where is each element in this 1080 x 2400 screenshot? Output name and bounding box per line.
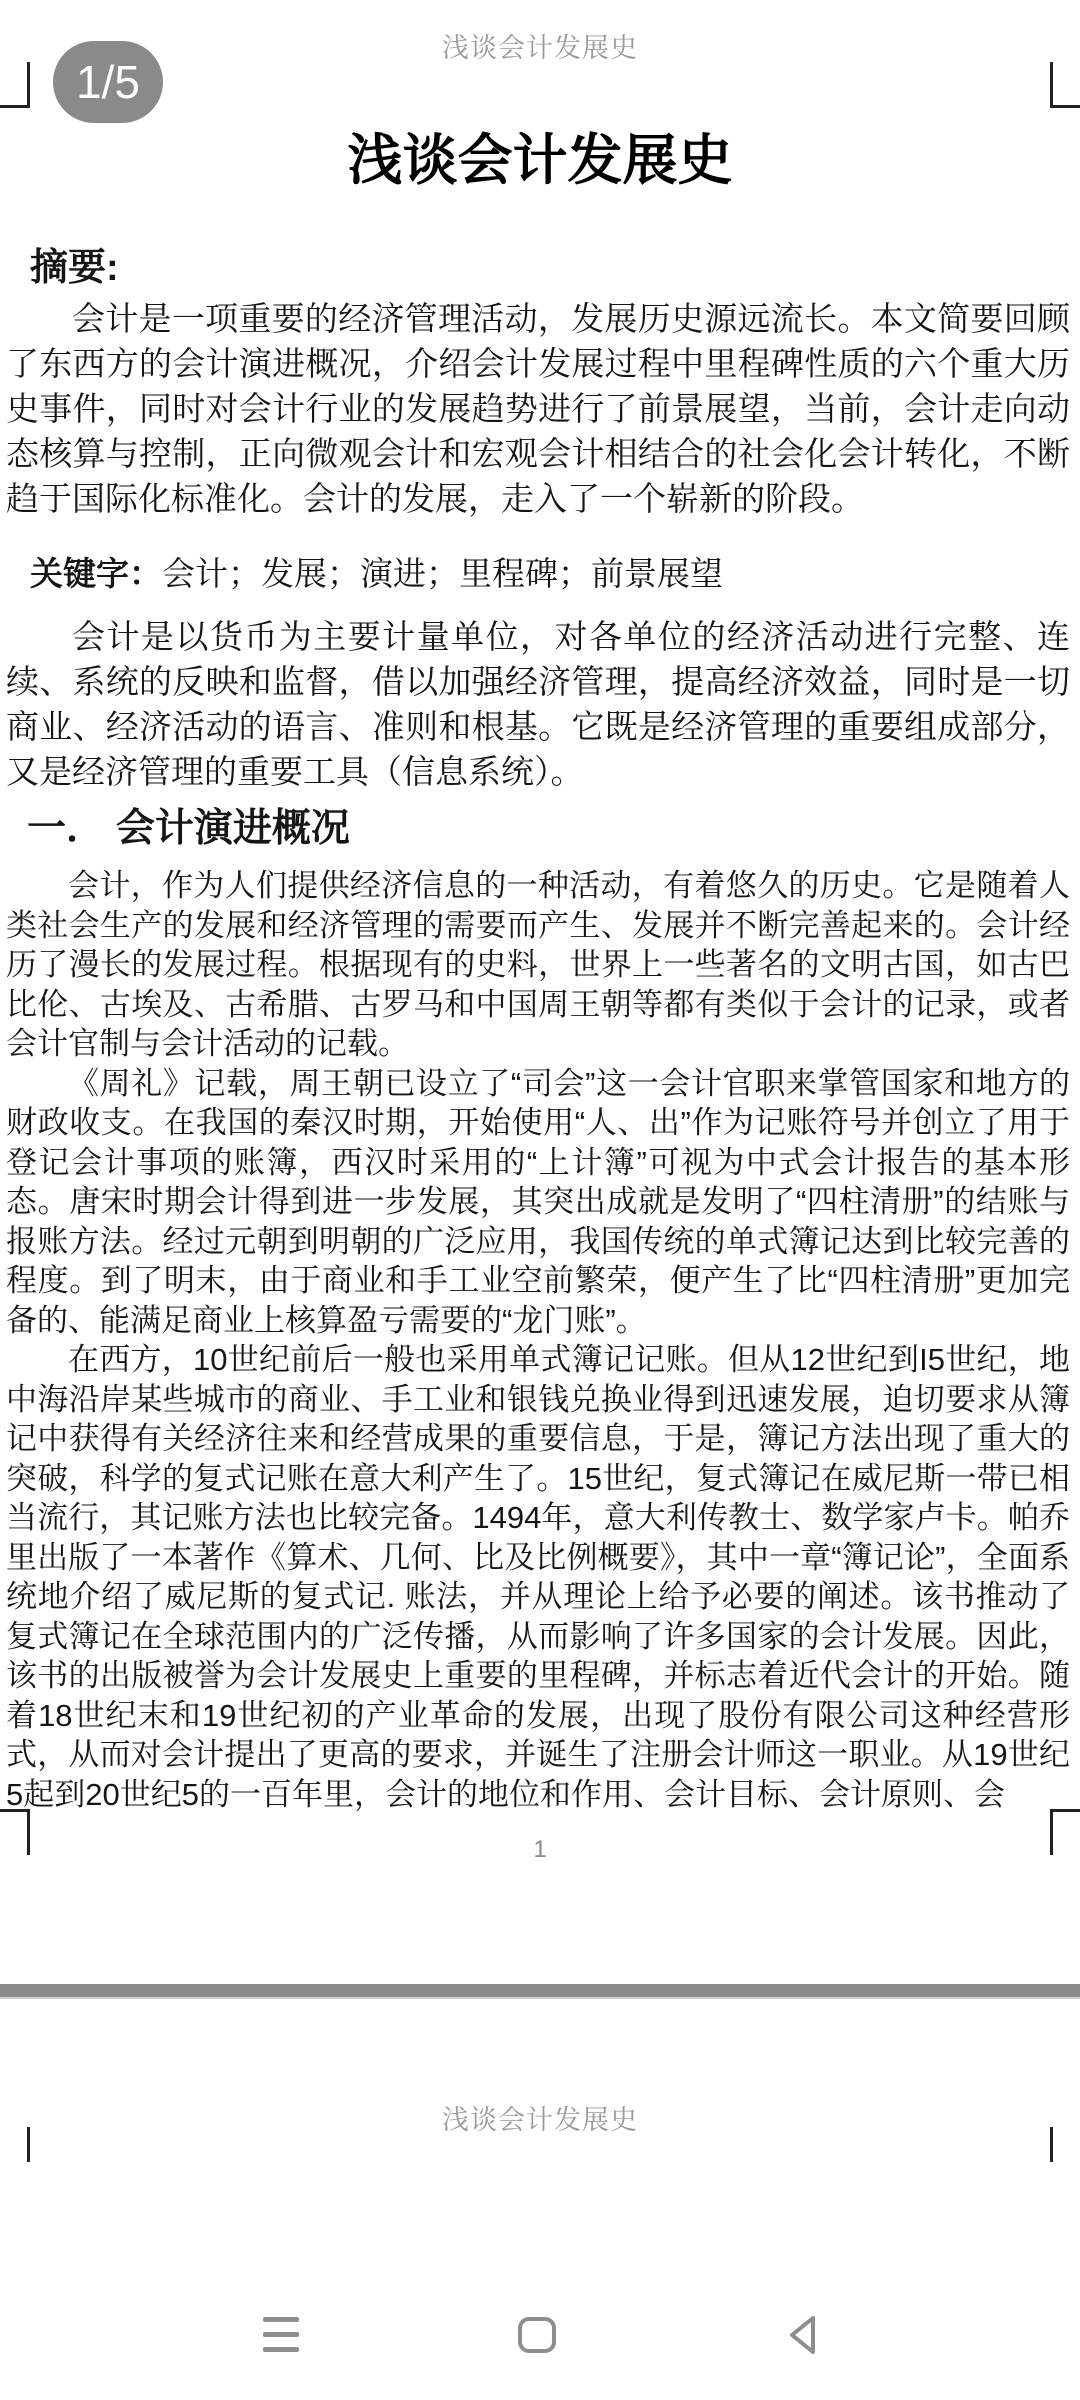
corner-mark-top-right [1050,62,1053,108]
page-divider [0,1984,1080,1999]
android-nav-bar [0,2290,1080,2380]
page-indicator-badge[interactable]: 1/5 [53,41,163,123]
home-icon [518,2317,556,2353]
hamburger-menu-icon [263,2317,299,2353]
corner-mark-top-left [0,105,30,108]
phone-screen: 浅谈会计发展史 1/5 浅谈会计发展史 摘要: 会计是一项重要的经济管理活动，发… [0,0,1080,2400]
section-heading: 一． 会计演进概况 [27,797,350,853]
next-page-header: 浅谈会计发展史 [0,2098,1080,2137]
body-paragraph: 《周礼》记载，周王朝已设立了“司会”这一会计官职来掌管国家和地方的财政收支。在我… [6,1064,1070,1341]
document-title: 浅谈会计发展史 [0,116,1080,195]
keywords-label: 关键字： [30,555,162,592]
abstract-paragraph: 会计是一项重要的经济管理活动，发展历史源远流长。本文简要回顾了东西方的会计演进概… [6,296,1070,521]
menu-button[interactable] [221,2290,341,2380]
back-icon [783,2311,823,2359]
keywords-line: 关键字：会计；发展；演进；里程碑；前景展望 [30,551,1070,596]
page-indicator-label: 1/5 [76,55,140,109]
corner-mark-page2-left [27,2127,30,2162]
body-paragraph: 会计，作为人们提供经济信息的一种活动，有着悠久的历史。它是随着人类社会生产的发展… [6,866,1070,1064]
corner-mark-top-right [1050,105,1080,108]
corner-mark-top-left [27,62,30,108]
intro-paragraph: 会计是以货币为主要计量单位，对各单位的经济活动进行完整、连续、系统的反映和监督，… [6,614,1070,794]
document-body: 会计，作为人们提供经济信息的一种活动，有着悠久的历史。它是随着人类社会生产的发展… [6,866,1070,1814]
home-button[interactable] [477,2290,597,2380]
body-paragraph: 在西方，10世纪前后一般也采用单式簿记记账。但从12世纪到I5世纪，地中海沿岸某… [6,1340,1070,1814]
page-number: 1 [0,1836,1080,1864]
corner-mark-page2-right [1050,2127,1053,2162]
back-button[interactable] [743,2290,863,2380]
abstract-heading: 摘要: [30,236,119,291]
viewer-header-title: 浅谈会计发展史 [0,26,1080,65]
keywords-text: 会计；发展；演进；里程碑；前景展望 [162,555,723,592]
